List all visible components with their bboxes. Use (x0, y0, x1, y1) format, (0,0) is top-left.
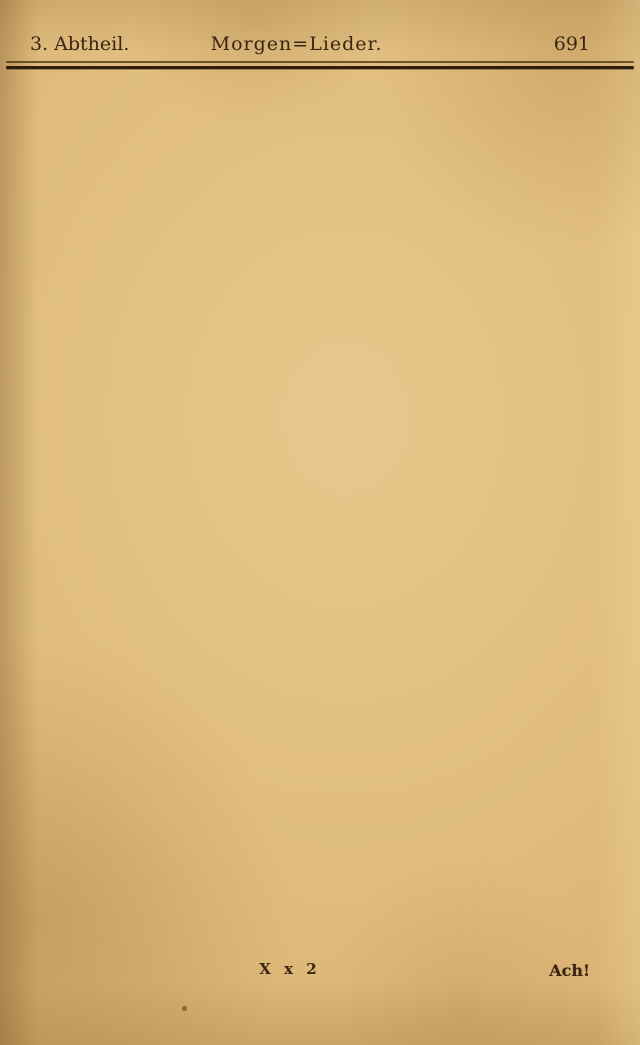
header-rule-thin (6, 61, 634, 63)
running-header-title: Morgen=Lieder. (211, 33, 383, 55)
ink-speck (182, 1006, 187, 1011)
signature-mark: X x 2 (230, 960, 350, 978)
book-page: 3. Abtheil. Morgen=Lieder. 691 Troste se… (0, 0, 640, 1045)
page-number: 691 (554, 33, 590, 55)
catchword: Ach! (549, 961, 590, 980)
running-header: 3. Abtheil. Morgen=Lieder. 691 (28, 33, 612, 59)
header-rule (6, 61, 634, 69)
header-rule-thick (6, 66, 634, 70)
running-header-section: 3. Abtheil. (30, 33, 129, 55)
